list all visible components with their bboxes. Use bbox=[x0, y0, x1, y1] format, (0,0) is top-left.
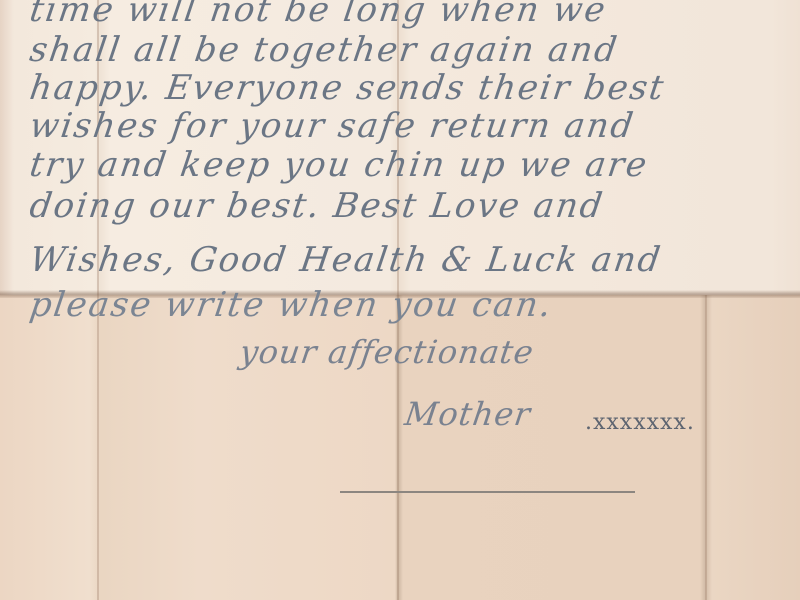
letter-line: wishes for your safe return and bbox=[27, 106, 637, 146]
letter-line: doing our best. Best Love and bbox=[27, 186, 606, 226]
letter-line: happy. Everyone sends their best bbox=[27, 68, 668, 108]
letter-page: time will not be long when we shall all … bbox=[0, 0, 800, 600]
kisses: .xxxxxxx. bbox=[585, 410, 695, 435]
vertical-crease bbox=[705, 295, 707, 600]
letter-line: shall all be together again and bbox=[27, 30, 621, 70]
ruled-line bbox=[340, 491, 635, 493]
letter-line: try and keep you chin up we are bbox=[27, 145, 651, 185]
closing: your affectionate bbox=[237, 333, 536, 371]
letter-line: time will not be long when we bbox=[27, 0, 609, 30]
signature: Mother bbox=[402, 395, 533, 433]
letter-line: Wishes, Good Health & Luck and bbox=[27, 240, 664, 280]
letter-line: please write when you can. bbox=[27, 285, 555, 325]
